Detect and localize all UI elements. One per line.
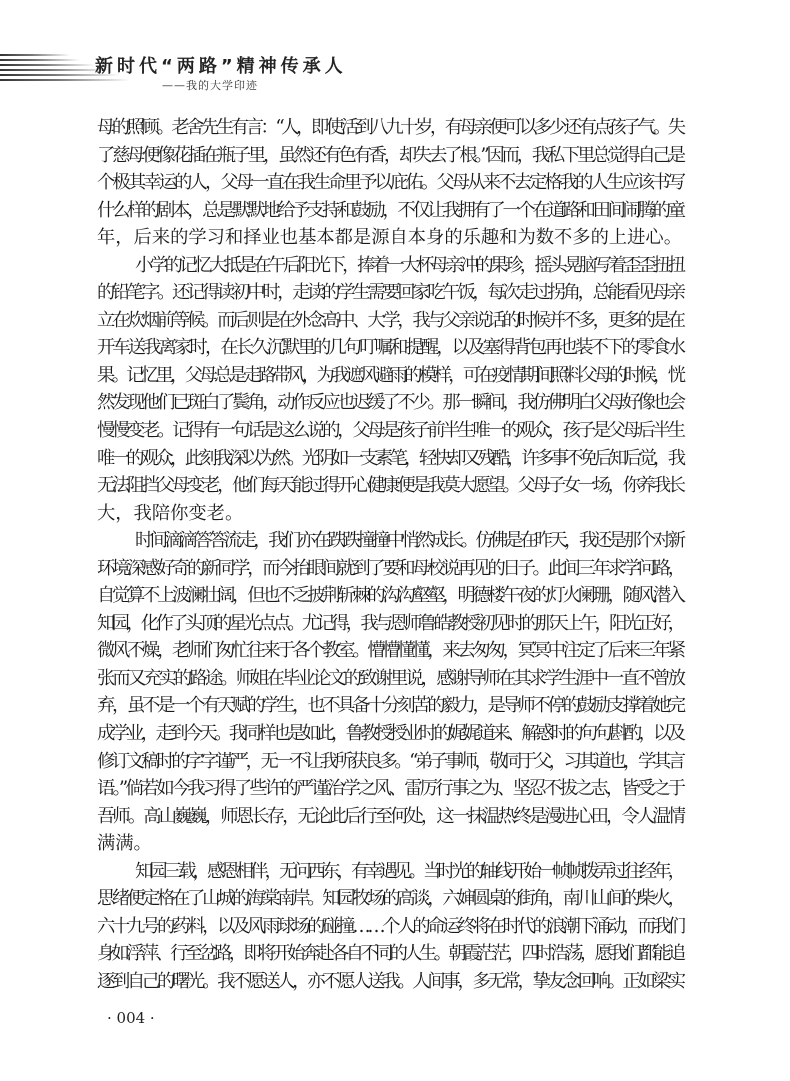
text-line: 修订文稿时的字字谨严，无一不让我所获良多。“弟子事师，敬同于父，习其道也，学其言	[97, 748, 686, 776]
text-line: 满满。	[97, 830, 686, 858]
text-line: 语。”倘若如今我习得了些许的严谨治学之风、雷厉行事之为、坚忍不拔之志，皆受之于	[97, 775, 686, 803]
text-line: 张而又充实的路途。师姐在毕业论文的致谢里说，感谢导师在其求学生涯中一直不曾放	[97, 665, 686, 693]
book-subtitle: ——我的大学印迹	[162, 77, 258, 93]
text-line: 果。记忆里，父母总是走路带风，为我遮风避雨的模样，可在疫情期间照料父母的时候，恍	[97, 362, 686, 390]
text-line: 的铅笔字。还记得读初中时，走读的学生需要回家吃午饭，每次走过拐角，总能看见母亲	[97, 279, 686, 307]
text-line: 年，后来的学习和择业也基本都是源自本身的乐趣和为数不多的上进心。	[97, 224, 686, 252]
body-text: 母的照顾。老舍先生有言：“人，即使活到八九十岁，有母亲便可以多少还有点孩子气。失…	[97, 114, 686, 996]
text-line: 成学业，走到今天。我同样也是如此，鲁教授授业时的娓娓道来、解惑时的句句斟酌，以及	[97, 720, 686, 748]
text-line: 知园三载，感恩相伴，无问西东，有幸遇见。当时光的轴线开始一帧帧拨弄过往经年，	[97, 858, 686, 886]
text-line: 吾师。高山巍巍，师恩长存，无论此后行至何处，这一抹温热终是漫进心田，令人温情	[97, 803, 686, 831]
text-line: 唯一的观众，此刻我深以为然。光阴如一支素笔，轻快却又残酷，许多事不免后知后觉，我	[97, 445, 686, 473]
text-line: 小学的记忆大抵是在午后阳光下，捧着一大杯母亲冲的果珍，摇头晃脑写着歪歪扭扭	[97, 252, 686, 280]
text-line: 慢慢变老。记得有一句话是这么说的，父母是孩子前半生唯一的观众，孩子是父母后半生	[97, 417, 686, 445]
text-line: 微风不燥，老师们匆忙往来于各个教室。懵懵懂懂，来去匆匆，冥冥中注定了后来三年紧	[97, 637, 686, 665]
text-line: 然发现他们已斑白了鬓角，动作反应也迟缓了不少。那一瞬间，我仿佛明白父母好像也会	[97, 389, 686, 417]
text-line: 母的照顾。老舍先生有言：“人，即使活到八九十岁，有母亲便可以多少还有点孩子气。失	[97, 114, 686, 142]
text-line: 无法阻挡父母变老，他们每天能过得开心健康便是我莫大愿望。父母子女一场，你养我长	[97, 472, 686, 500]
text-line: 大，我陪你变老。	[97, 500, 686, 528]
text-line: 知园，化作了头顶的星光点点。尤记得，我与恩师鲁皓教授初见时的那天上午，阳光正好，	[97, 610, 686, 638]
text-line: 时间滴滴答答流走，我们亦在跌跌撞撞中悄然成长。仿佛是在昨天，我还是那个对新	[97, 527, 686, 555]
page-number: · 004 ·	[107, 1009, 155, 1027]
text-line: 六十九号的药料，以及风雨球场的碰撞……个人的命运终将在时代的浪潮下涌动，而我们	[97, 913, 686, 941]
text-line: 个极其幸运的人，父母一直在我生命里予以庇佑。父母从来不去定格我的人生应该书写	[97, 169, 686, 197]
text-line: 自觉算不上波澜壮阔，但也不乏披荆斩棘的沟沟壑壑，明德楼午夜的灯火阑珊，随风潜入	[97, 582, 686, 610]
text-line: 立在炊烟前等候。而后则是在外念高中、大学，我与父亲说话的时候并不多，更多的是在	[97, 307, 686, 335]
text-line: 开车送我离家时，在长久沉默里的几句叮嘱和提醒，以及塞得背包再也装不下的零食水	[97, 334, 686, 362]
book-title: 新时代“两路”精神传承人	[95, 52, 347, 78]
text-line: 环境深感好奇的新同学，而今抬眼间就到了要和母校说再见的日子。此间三年求学问路，	[97, 555, 686, 583]
text-line: 弃，虽不是一个有天赋的学生，也不具备十分刻苦的毅力，是导师不停的鼓励支撑着她完	[97, 692, 686, 720]
text-line: 什么样的剧本，总是默默地给予支持和鼓励，不仅让我拥有了一个在道路和田间闹腾的童	[97, 197, 686, 225]
text-line: 逐到自己的曙光。我不愿送人，亦不愿人送我。人间事，多无常，挚友念回响。正如梁实	[97, 968, 686, 996]
text-line: 思绪便定格在了山城的海棠南岸。知园牧场的高谈，六婶圆桌的街角，南川山间的柴火，	[97, 885, 686, 913]
text-line: 身如浮萍、行至岔路，即将开始奔赴各自不同的人生。朝霞茫茫，四时浩荡，愿我们都能追	[97, 940, 686, 968]
text-line: 了慈母便像花插在瓶子里，虽然还有色有香，却失去了根。”因而，我私下里总觉得自己是	[97, 142, 686, 170]
running-header: 新时代“两路”精神传承人 ——我的大学印迹	[0, 48, 790, 88]
